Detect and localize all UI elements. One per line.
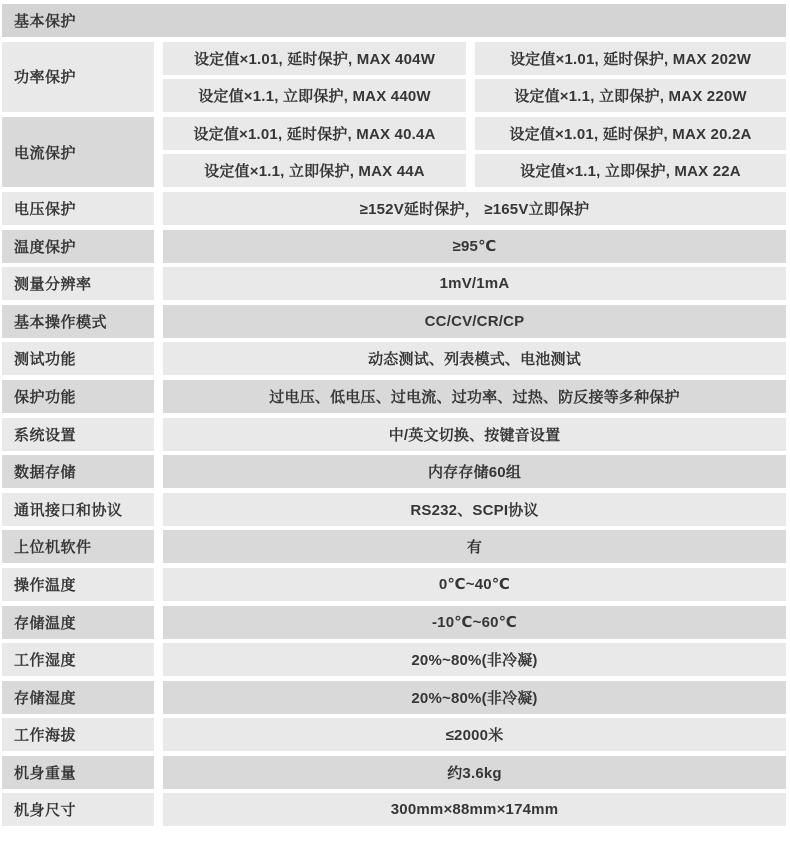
spec-subrow: 设定值×1.1, 立即保护, MAX 440W设定值×1.1, 立即保护, MA… <box>163 79 786 112</box>
spec-row-group-1: 功率保护设定值×1.01, 延时保护, MAX 404W设定值×1.01, 延时… <box>2 42 786 113</box>
spec-row-7: 测试功能动态测试、列表模式、电池测试 <box>2 342 786 375</box>
spec-value-left: 设定值×1.01, 延时保护, MAX 404W <box>163 42 466 75</box>
spec-row-18: 机身重量约3.6kg <box>2 756 786 789</box>
spec-label: 工作湿度 <box>2 643 154 676</box>
spec-value: 0℃~40℃ <box>163 568 786 601</box>
spec-row-13: 操作温度0℃~40℃ <box>2 568 786 601</box>
spec-row-group-2: 电流保护设定值×1.01, 延时保护, MAX 40.4A设定值×1.01, 延… <box>2 117 786 188</box>
spec-value: 20%~80%(非冷凝) <box>163 681 786 714</box>
spec-label: 数据存储 <box>2 455 154 488</box>
spec-value-right: 设定值×1.1, 立即保护, MAX 22A <box>475 154 786 187</box>
spec-value: RS232、SCPI协议 <box>163 493 786 526</box>
spec-subrow: 设定值×1.01, 延时保护, MAX 40.4A设定值×1.01, 延时保护,… <box>163 117 786 150</box>
spec-subrow: 设定值×1.1, 立即保护, MAX 44A设定值×1.1, 立即保护, MAX… <box>163 154 786 187</box>
spec-value: ≥95℃ <box>163 230 786 263</box>
spec-row-11: 通讯接口和协议RS232、SCPI协议 <box>2 493 786 526</box>
spec-label: 基本操作模式 <box>2 305 154 338</box>
spec-row-4: 温度保护≥95℃ <box>2 230 786 263</box>
spec-row-12: 上位机软件有 <box>2 530 786 563</box>
spec-row-15: 工作湿度20%~80%(非冷凝) <box>2 643 786 676</box>
spec-value: 内存存储60组 <box>163 455 786 488</box>
spec-label: 电流保护 <box>2 117 154 188</box>
spec-value: 过电压、低电压、过电流、过功率、过热、防反接等多种保护 <box>163 380 786 413</box>
spec-row-14: 存储温度-10℃~60℃ <box>2 606 786 639</box>
spec-label: 保护功能 <box>2 380 154 413</box>
spec-value: ≤2000米 <box>163 718 786 751</box>
spec-row-16: 存储湿度20%~80%(非冷凝) <box>2 681 786 714</box>
spec-subrow: 设定值×1.01, 延时保护, MAX 404W设定值×1.01, 延时保护, … <box>163 42 786 75</box>
spec-row-8: 保护功能过电压、低电压、过电流、过功率、过热、防反接等多种保护 <box>2 380 786 413</box>
spec-label: 机身尺寸 <box>2 793 154 826</box>
spec-label: 电压保护 <box>2 192 154 225</box>
spec-value: 20%~80%(非冷凝) <box>163 643 786 676</box>
spec-label: 操作温度 <box>2 568 154 601</box>
spec-group-values: 设定值×1.01, 延时保护, MAX 40.4A设定值×1.01, 延时保护,… <box>163 117 786 188</box>
spec-value: 300mm×88mm×174mm <box>163 793 786 826</box>
spec-value: 约3.6kg <box>163 756 786 789</box>
spec-label: 功率保护 <box>2 42 154 113</box>
spec-table: 基本保护功率保护设定值×1.01, 延时保护, MAX 404W设定值×1.01… <box>2 4 786 831</box>
spec-label: 系统设置 <box>2 418 154 451</box>
spec-label: 通讯接口和协议 <box>2 493 154 526</box>
spec-label: 工作海拔 <box>2 718 154 751</box>
spec-value-right: 设定值×1.01, 延时保护, MAX 20.2A <box>475 117 786 150</box>
spec-label: 存储温度 <box>2 606 154 639</box>
spec-value: -10℃~60℃ <box>163 606 786 639</box>
spec-label: 机身重量 <box>2 756 154 789</box>
spec-label: 测试功能 <box>2 342 154 375</box>
spec-label: 存储湿度 <box>2 681 154 714</box>
spec-row-5: 测量分辨率1mV/1mA <box>2 267 786 300</box>
spec-group-values: 设定值×1.01, 延时保护, MAX 404W设定值×1.01, 延时保护, … <box>163 42 786 113</box>
spec-row-6: 基本操作模式CC/CV/CR/CP <box>2 305 786 338</box>
spec-row-19: 机身尺寸300mm×88mm×174mm <box>2 793 786 826</box>
spec-value-left: 设定值×1.1, 立即保护, MAX 440W <box>163 79 466 112</box>
spec-value: CC/CV/CR/CP <box>163 305 786 338</box>
spec-row-3: 电压保护≥152V延时保护， ≥165V立即保护 <box>2 192 786 225</box>
spec-value-right: 设定值×1.1, 立即保护, MAX 220W <box>475 79 786 112</box>
spec-row-9: 系统设置中/英文切换、按键音设置 <box>2 418 786 451</box>
spec-row-17: 工作海拔≤2000米 <box>2 718 786 751</box>
spec-value-left: 设定值×1.01, 延时保护, MAX 40.4A <box>163 117 466 150</box>
table-section-header: 基本保护 <box>2 4 786 37</box>
spec-value: ≥152V延时保护， ≥165V立即保护 <box>163 192 786 225</box>
spec-value-left: 设定值×1.1, 立即保护, MAX 44A <box>163 154 466 187</box>
spec-value-right: 设定值×1.01, 延时保护, MAX 202W <box>475 42 786 75</box>
spec-label: 上位机软件 <box>2 530 154 563</box>
spec-row-10: 数据存储内存存储60组 <box>2 455 786 488</box>
spec-label: 温度保护 <box>2 230 154 263</box>
spec-label: 测量分辨率 <box>2 267 154 300</box>
spec-value: 1mV/1mA <box>163 267 786 300</box>
spec-value: 有 <box>163 530 786 563</box>
spec-value: 中/英文切换、按键音设置 <box>163 418 786 451</box>
spec-sheet-page: 基本保护功率保护设定值×1.01, 延时保护, MAX 404W设定值×1.01… <box>0 0 790 849</box>
spec-value: 动态测试、列表模式、电池测试 <box>163 342 786 375</box>
